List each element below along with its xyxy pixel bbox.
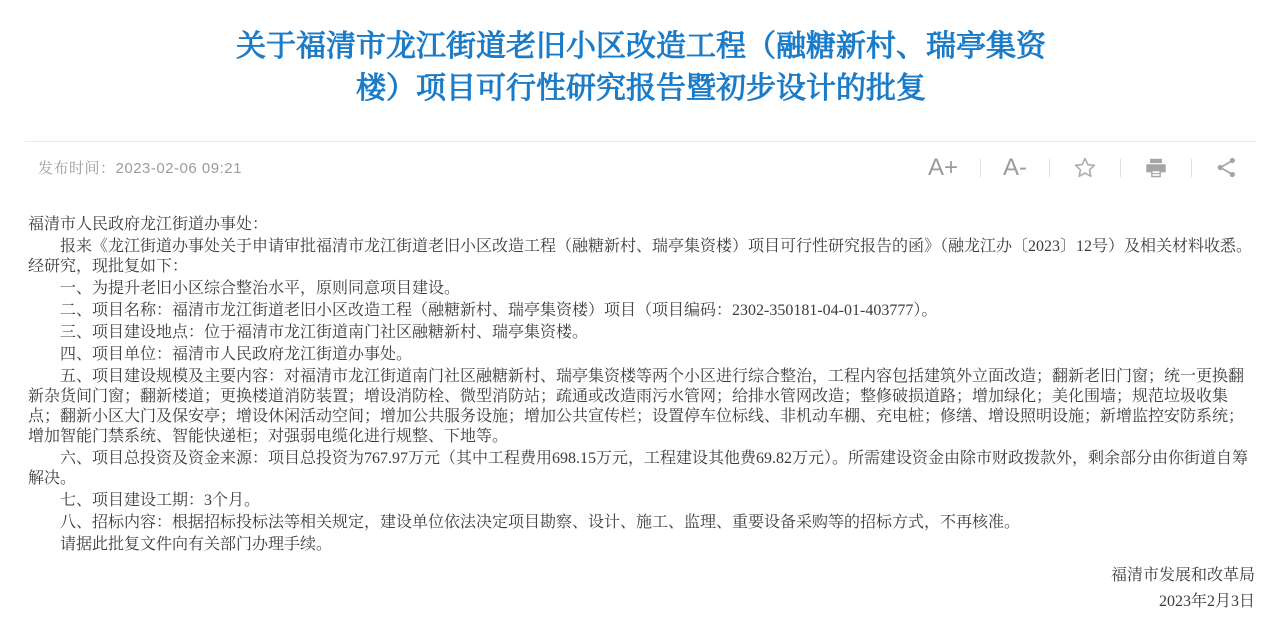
printer-icon (1143, 155, 1169, 181)
closing-line: 请据此批复文件向有关部门办理手续。 (28, 535, 1255, 555)
article-header: 关于福清市龙江街道老旧小区改造工程（融糖新村、瑞亭集资楼）项目可行性研究报告暨初… (0, 0, 1282, 110)
star-icon (1072, 155, 1098, 181)
signature-agency: 福清市发展和改革局 (28, 563, 1255, 589)
font-increase-button[interactable]: A+ (906, 155, 980, 181)
salutation: 福清市人民政府龙江街道办事处： (28, 215, 1255, 235)
item-8: 八、招标内容：根据招标投标法等相关规定，建设单位依法决定项目勘察、设计、施工、监… (28, 513, 1255, 533)
item-6: 六、项目总投资及资金来源：项目总投资为767.97万元（其中工程费用698.15… (28, 449, 1255, 489)
item-5: 五、项目建设规模及主要内容：对福清市龙江街道南门社区融糖新村、瑞亭集资楼等两个小… (28, 367, 1255, 447)
publish-time-label: 发布时间： (38, 160, 116, 177)
share-button[interactable] (1192, 155, 1257, 180)
favorite-button[interactable] (1050, 155, 1120, 181)
item-2: 二、项目名称：福清市龙江街道老旧小区改造工程（融糖新村、瑞亭集资楼）项目（项目编… (28, 301, 1255, 321)
item-7: 七、项目建设工期：3个月。 (28, 491, 1255, 511)
share-icon (1214, 155, 1239, 180)
font-decrease-button[interactable]: A- (981, 155, 1049, 181)
signature-date: 2023年2月3日 (28, 589, 1255, 615)
item-3: 三、项目建设地点：位于福清市龙江街道南门社区融糖新村、瑞亭集资楼。 (28, 323, 1255, 343)
print-button[interactable] (1121, 155, 1191, 181)
article-page: 关于福清市龙江街道老旧小区改造工程（融糖新村、瑞亭集资楼）项目可行性研究报告暨初… (0, 0, 1282, 627)
document-body: 福清市人民政府龙江街道办事处： 报来《龙江街道办事处关于申请审批福清市龙江街道老… (28, 215, 1255, 615)
publish-time: 发布时间：2023-02-06 09:21 (38, 157, 242, 178)
article-toolbar: A+ A- (906, 155, 1257, 181)
item-4: 四、项目单位：福清市人民政府龙江街道办事处。 (28, 345, 1255, 365)
intro-paragraph: 报来《龙江街道办事处关于申请审批福清市龙江街道老旧小区改造工程（融糖新村、瑞亭集… (28, 237, 1255, 277)
signature-block: 福清市发展和改革局 2023年2月3日 (28, 563, 1255, 615)
meta-bar: 发布时间：2023-02-06 09:21 A+ A- (25, 141, 1257, 189)
page-title: 关于福清市龙江街道老旧小区改造工程（融糖新村、瑞亭集资楼）项目可行性研究报告暨初… (216, 26, 1066, 110)
publish-time-value: 2023-02-06 09:21 (116, 160, 242, 177)
item-1: 一、为提升老旧小区综合整治水平，原则同意项目建设。 (28, 279, 1255, 299)
